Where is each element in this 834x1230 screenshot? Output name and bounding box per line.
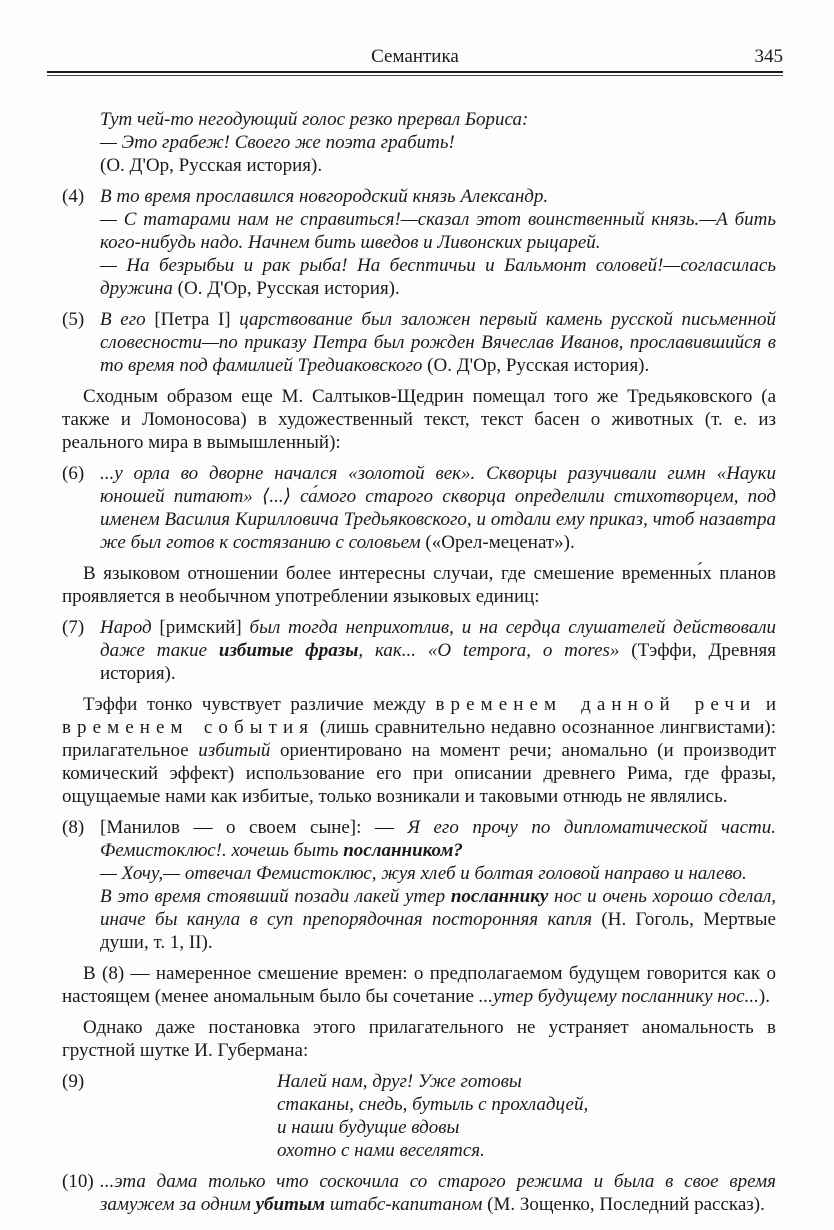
letterspaced-term-2: временем события	[62, 717, 314, 738]
example-4-line-1: В то время прославился новгородский княз…	[100, 185, 776, 208]
example-4-number: (4)	[62, 185, 84, 208]
example-5-number: (5)	[62, 308, 84, 331]
example-9-verse: (9) Налей нам, друг! Уже готовы стаканы,…	[62, 1070, 776, 1162]
paragraph-teffi: Тэффи тонко чувствует различие между вре…	[62, 693, 776, 808]
text-run: Народ	[100, 617, 159, 638]
head-rule	[47, 71, 783, 76]
paragraph-saltykov: Сходным образом еще М. Салтыков-Щедрин п…	[62, 385, 776, 454]
example-9-number: (9)	[62, 1070, 84, 1093]
emphasized-term: убитым	[256, 1194, 325, 1215]
example-5-source: (О. Д'Ор, Русская история).	[427, 355, 649, 376]
paragraph-language: В языковом отношении более интересны слу…	[62, 562, 776, 608]
text-run: В его	[100, 309, 154, 330]
quote-line-1: Тут чей-то негодующий голос резко прерва…	[100, 108, 776, 131]
book-page: Семантика 345 Тут чей-то негодующий голо…	[0, 0, 834, 1230]
verse-line-4: охотно с нами веселятся.	[277, 1139, 776, 1162]
example-10-number: (10)	[62, 1170, 94, 1193]
example-7: (7) Народ [римский] был тогда неприхотли…	[62, 616, 776, 685]
emphasized-term: посланнику	[451, 886, 548, 907]
running-head: Семантика 345	[47, 46, 783, 68]
example-10: (10) ...эта дама только что соскочила со…	[62, 1170, 776, 1216]
example-6: (6) ...у орла во дворне начался «золотой…	[62, 462, 776, 554]
bracketed-note: [Манилов — о своем сыне]: —	[100, 817, 407, 838]
quote-source: (О. Д'Ор, Русская история).	[100, 154, 776, 177]
example-4: (4) В то время прославился новгородский …	[62, 185, 776, 300]
paragraph-guberman-intro: Однако даже постановка этого прилагатель…	[62, 1016, 776, 1062]
emphasized-term: посланником?	[343, 840, 463, 861]
example-10-source: (М. Зощенко, Последний рассказ).	[487, 1194, 765, 1215]
example-10-paragraph: ...эта дама только что соскочила со стар…	[100, 1170, 776, 1216]
example-5-paragraph: В его [Петра I] царствование был заложен…	[100, 308, 776, 377]
quote-line-2: — Это грабеж! Своего же поэта грабить!	[100, 131, 776, 154]
example-4-paragraph-3: — На безрыбьи и рак рыба! На бесптичьи и…	[100, 254, 776, 300]
text-run: , как... «O tempora, o mores»	[358, 640, 631, 661]
example-7-paragraph: Народ [римский] был тогда неприхотлив, и…	[100, 616, 776, 685]
cited-phrase: ...утер будущему посланнику нос...	[479, 986, 759, 1007]
verse-line-2: стаканы, снедь, бутыль с прохладцей,	[277, 1093, 776, 1116]
quote-continuation: Тут чей-то негодующий голос резко прерва…	[62, 108, 776, 177]
example-4-source: (О. Д'Ор, Русская история).	[178, 278, 400, 299]
example-8-paragraph-1: [Манилов — о своем сыне]: — Я его прочу …	[100, 816, 776, 862]
example-7-number: (7)	[62, 616, 84, 639]
page-number: 345	[755, 46, 784, 68]
verse-line-3: и наши будущие вдовы	[277, 1116, 776, 1139]
running-head-title: Семантика	[47, 46, 783, 68]
text-run: штабс-капитаном	[325, 1194, 487, 1215]
cited-word: избитый	[198, 740, 270, 761]
bracketed-note: [римский]	[159, 617, 241, 638]
example-8-paragraph-3: В это время стоявший позади лакей утер п…	[100, 885, 776, 954]
example-8: (8) [Манилов — о своем сыне]: — Я его пр…	[62, 816, 776, 954]
text-run: Тэффи тонко чувствует различие между	[83, 694, 435, 715]
text-run: В это время стоявший позади лакей утер	[100, 886, 451, 907]
paragraph-commentary-8: В (8) — намеренное смешение времен: о пр…	[62, 962, 776, 1008]
example-4-paragraph-2: — С татарами нам не справиться!—сказал э…	[100, 208, 776, 254]
example-6-source: («Орел-меценат»).	[425, 532, 574, 553]
example-6-number: (6)	[62, 462, 84, 485]
text-run: ).	[759, 986, 770, 1007]
bracketed-note: [Петра I]	[154, 309, 230, 330]
verse-body: Налей нам, друг! Уже готовы стаканы, сне…	[277, 1070, 776, 1162]
letterspaced-term-1: временем данной речи	[435, 694, 756, 715]
text-run: и	[756, 694, 776, 715]
emphasized-term: избитые фразы	[219, 640, 358, 661]
example-5: (5) В его [Петра I] царствование был зал…	[62, 308, 776, 377]
page-content: Тут чей-то негодующий голос резко прерва…	[62, 91, 776, 1216]
example-8-paragraph-2: — Хочу,— отвечал Фемистоклюс, жуя хлеб и…	[100, 862, 776, 885]
example-8-number: (8)	[62, 816, 84, 839]
example-6-paragraph: ...у орла во дворне начался «золотой век…	[100, 462, 776, 554]
verse-line-1: Налей нам, друг! Уже готовы	[277, 1070, 776, 1093]
